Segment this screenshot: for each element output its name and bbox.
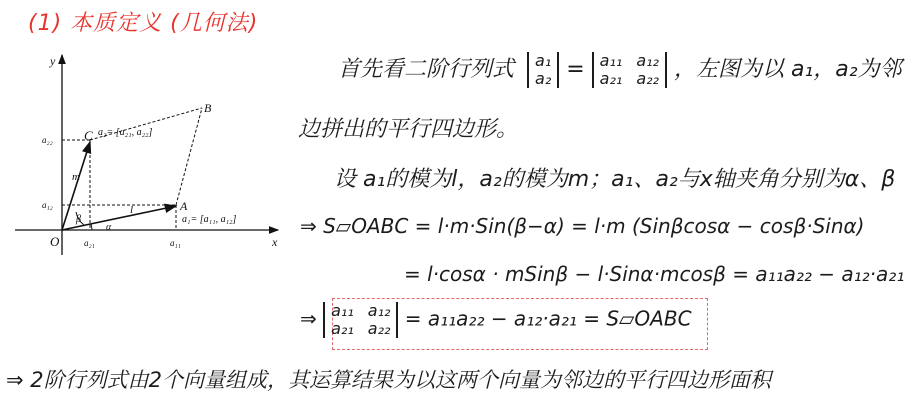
origin-label: O <box>50 234 60 249</box>
element-matrix: a₁₁a₁₂ a₂₁a₂₂ <box>592 52 667 88</box>
section-title: (1) 本质定义 (几何法) <box>28 6 258 37</box>
tick-a22: a₂₂ <box>42 135 53 145</box>
tick-a21: a₂₁ <box>84 238 95 248</box>
angle-alpha-label: α <box>106 222 112 233</box>
equation-3-rhs: = a₁₁a₂₂ − a₁₂·a₂₁ = S▱OABC <box>405 307 692 331</box>
point-a-label: A <box>179 199 188 213</box>
tick-a12: a₁₂ <box>42 200 53 210</box>
x-axis-label: x <box>271 235 278 249</box>
y-axis-label: y <box>49 54 56 68</box>
equation-2: = l·cosα · mSinβ − l·Sinα·mcosβ = a₁₁a₂₂… <box>404 262 904 286</box>
equation-3: ⇒ a₁₁a₁₂ a₂₁a₂₂ = a₁₁a₂₂ − a₁₂·a₂₁ = S▱O… <box>300 302 692 338</box>
conclusion: ⇒ 2阶行列式由2个向量组成，其运算结果为以这两个向量为邻边的平行四边形面积 <box>6 364 771 394</box>
para1-line1: 首先看二阶行列式 a₁ a₂ = a₁₁a₁₂ a₂₁a₂₂ ，左图为以 a₁，… <box>338 52 902 88</box>
vector-a1-label: a₁= [a₁₁, a₁₂] <box>182 214 237 225</box>
parallelogram-figure: y x O A B C a₂= [a₂₁, a₂₂] a₁= [a₁₁, a₁₂… <box>10 50 285 260</box>
determinant-matrix: a₁₁a₁₂ a₂₁a₂₂ <box>323 302 398 338</box>
para1-prefix: 首先看二阶行列式 <box>338 57 514 82</box>
tick-a11: a₁₁ <box>170 238 181 248</box>
vector-a2-label: a₂= [a₂₁, a₂₂] <box>98 127 153 138</box>
para1-line2: 边拼出的平行四边形。 <box>298 112 518 143</box>
vector-matrix: a₁ a₂ <box>527 52 559 88</box>
para2: 设 a₁的模为l，a₂的模为m；a₁、a₂与x轴夹角分别为α、β <box>334 162 895 193</box>
para1-suffix: ，左图为以 a₁，a₂为邻 <box>674 57 902 82</box>
equation-1: ⇒ S▱OABC = l·m·Sin(β−α) = l·m (Sinβcosα … <box>300 214 864 238</box>
angle-beta-label: β <box>75 214 81 225</box>
length-l-label: l <box>130 204 133 216</box>
length-m-label: m <box>72 171 80 183</box>
point-c-label: C <box>84 128 93 143</box>
point-b-label: B <box>204 101 212 115</box>
